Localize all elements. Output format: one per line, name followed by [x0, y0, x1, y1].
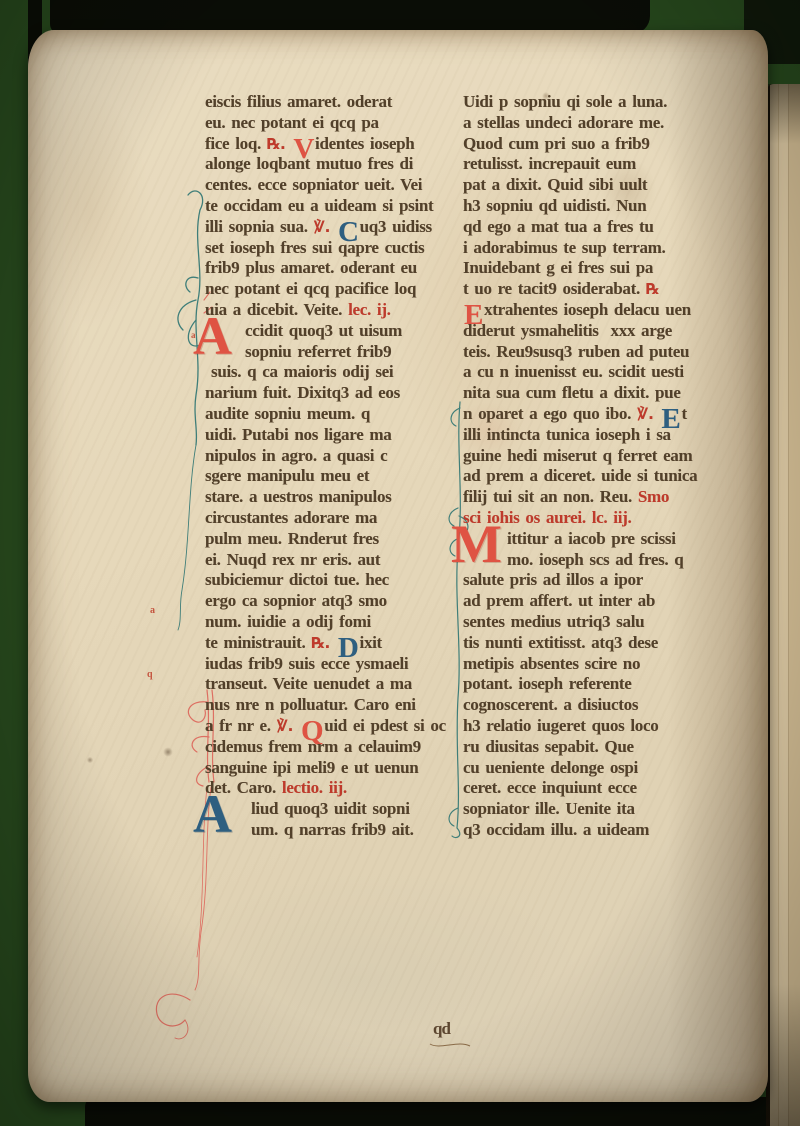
- text-line: sopniator ille. Uenite ita: [463, 799, 741, 820]
- text-line: pat a dixit. Quid sibi uult: [463, 175, 741, 196]
- text-segment: liud quoq3 uidit sopni: [251, 799, 410, 818]
- text-line: metipis absentes scire no: [463, 654, 741, 675]
- text-segment: xtrahentes ioseph delacu uen: [484, 300, 691, 319]
- text-segment: potant. ioseph referente: [463, 674, 632, 693]
- text-segment: sopniator ille. Uenite ita: [463, 799, 635, 818]
- text-segment: eiscis filius amaret. oderat: [205, 92, 392, 111]
- margin-mark: a: [191, 330, 196, 340]
- text-segment: illi sopnia sua.: [205, 217, 314, 236]
- text-line: set ioseph fres sui qapre cuctis: [205, 238, 457, 259]
- text-segment: subiciemur dictoi tue. hec: [205, 570, 389, 589]
- text-line: filij tui sit an non. Reu. Smo: [463, 487, 741, 508]
- text-line: pulm meu. Rnderut fres: [205, 529, 457, 550]
- text-line: transeut. Veite uenudet a ma: [205, 674, 457, 695]
- text-segment: nec potant ei qcq pacifice loq: [205, 279, 416, 298]
- text-line: sanguine ipi meli9 e ut uenun: [205, 758, 457, 779]
- text-line: ad prem affert. ut inter ab: [463, 591, 741, 612]
- text-line: Inuidebant g ei fres sui pa: [463, 258, 741, 279]
- text-segment: te ministrauit.: [205, 633, 311, 652]
- text-segment: fice loq.: [205, 134, 267, 153]
- text-segment: ℞: [646, 280, 659, 298]
- text-segment: Inuidebant g ei fres sui pa: [463, 258, 653, 277]
- text-segment: circustantes adorare ma: [205, 508, 377, 527]
- text-segment: cidemus frem nrm a celauim9: [205, 737, 421, 756]
- text-segment: suis. q ca maioris odij sei: [211, 362, 393, 381]
- text-line: mo. ioseph scs ad fres. q: [463, 550, 741, 571]
- text-segment: uq3 uidiss: [360, 217, 432, 236]
- text-line: iudas frib9 suis ecce ysmaeli: [205, 654, 457, 675]
- text-segment: q3 occidam illu. a uideam: [463, 820, 649, 839]
- text-line: illi intincta tunica ioseph i sa: [463, 425, 741, 446]
- text-segment: tis nunti extitisst. atq3 dese: [463, 633, 658, 652]
- text-segment: cu ueniente delonge ospi: [463, 758, 638, 777]
- text-line: t uo re tacit9 osiderabat. ℞: [463, 279, 741, 300]
- text-line: Extrahentes ioseph delacu uen: [463, 300, 741, 321]
- text-segment: a stellas undeci adorare me.: [463, 113, 664, 132]
- text-segment: qd ego a mat tua a fres tu: [463, 217, 654, 236]
- catchword: qd: [433, 1019, 450, 1039]
- inline-initial: D: [338, 643, 359, 653]
- text-segment: pat a dixit. Quid sibi uult: [463, 175, 647, 194]
- text-line: ru diusitas sepabit. Que: [463, 737, 741, 758]
- text-segment: ad prem a diceret. uide si tunica: [463, 466, 697, 485]
- text-line: sopniu referret frib9: [205, 342, 457, 363]
- text-segment: diderut ysmahelitis xxx arge: [463, 321, 672, 340]
- text-segment: lec. ij.: [348, 300, 391, 319]
- text-line: nipulos in agro. a quasi c: [205, 446, 457, 467]
- text-segment: t uo re tacit9 osiderabat.: [463, 279, 646, 298]
- text-line: ad prem a diceret. uide si tunica: [463, 466, 741, 487]
- text-line: qd ego a mat tua a fres tu: [463, 217, 741, 238]
- text-segment: t: [681, 404, 686, 423]
- text-segment: retulisst. increpauit eum: [463, 154, 636, 173]
- text-segment: sopniu referret frib9: [245, 342, 391, 361]
- text-line: Uidi p sopniu qi sole a luna.: [463, 92, 741, 113]
- text-line: narium fuit. Dixitq3 ad eos: [205, 383, 457, 404]
- text-segment: nita sua cum fletu a dixit. pue: [463, 383, 681, 402]
- text-line: subiciemur dictoi tue. hec: [205, 570, 457, 591]
- text-line: teis. Reu9susq3 ruben ad puteu: [463, 342, 741, 363]
- text-segment: ℞.: [311, 634, 336, 652]
- text-line: a stellas undeci adorare me.: [463, 113, 741, 134]
- text-segment: transeut. Veite uenudet a ma: [205, 674, 412, 693]
- text-segment: ad prem affert. ut inter ab: [463, 591, 655, 610]
- text-line: guine hedi miserut q ferret eam: [463, 446, 741, 467]
- text-segment: ℣.: [314, 218, 337, 236]
- text-segment: uid ei pdest si oc: [324, 716, 446, 735]
- text-line: tis nunti extitisst. atq3 dese: [463, 633, 741, 654]
- text-segment: teis. Reu9susq3 ruben ad puteu: [463, 342, 689, 361]
- text-segment: stare. a uestros manipulos: [205, 487, 391, 506]
- text-line: alonge loqbant mutuo fres di: [205, 154, 457, 175]
- text-segment: Uidi p sopniu qi sole a luna.: [463, 92, 667, 111]
- text-line: stare. a uestros manipulos: [205, 487, 457, 508]
- text-line: i adorabimus te sup terram.: [463, 238, 741, 259]
- text-line: det. Caro. lectio. iij.: [205, 778, 457, 799]
- text-segment: ixit: [360, 633, 382, 652]
- text-line: eiscis filius amaret. oderat: [205, 92, 457, 113]
- text-segment: nipulos in agro. a quasi c: [205, 446, 387, 465]
- text-line: h3 sopniu qd uidisti. Nun: [463, 196, 741, 217]
- text-segment: cognoscerent. a disiuctos: [463, 695, 638, 714]
- text-line: q3 occidam illu. a uideam: [463, 820, 741, 841]
- text-line: uia a dicebit. Veite. lec. ij.: [205, 300, 457, 321]
- text-segment: ℣.: [277, 717, 300, 735]
- text-segment: filij tui sit an non. Reu.: [463, 487, 638, 506]
- text-segment: ℞.: [267, 135, 292, 153]
- text-segment: guine hedi miserut q ferret eam: [463, 446, 692, 465]
- text-segment: sanguine ipi meli9 e ut uenun: [205, 758, 418, 777]
- text-segment: ru diusitas sepabit. Que: [463, 737, 634, 756]
- text-segment: eu. nec potant ei qcq pa: [205, 113, 379, 132]
- text-segment: a fr nr e.: [205, 716, 277, 735]
- text-line: cu ueniente delonge ospi: [463, 758, 741, 779]
- text-segment: narium fuit. Dixitq3 ad eos: [205, 383, 400, 402]
- text-line: cognoscerent. a disiuctos: [463, 695, 741, 716]
- text-segment: iudas frib9 suis ecce ysmaeli: [205, 654, 408, 673]
- text-line: num. iuidie a odij fomi: [205, 612, 457, 633]
- text-segment: nus nre n polluatur. Caro eni: [205, 695, 416, 714]
- text-segment: pulm meu. Rnderut fres: [205, 529, 379, 548]
- text-segment: lectio. iij.: [282, 778, 347, 797]
- text-segment: Quod cum pri suo a frib9: [463, 134, 650, 153]
- text-line: h3 relatio iugeret quos loco: [463, 716, 741, 737]
- text-line: nec potant ei qcq pacifice loq: [205, 279, 457, 300]
- text-line: cidemus frem nrm a celauim9: [205, 737, 457, 758]
- text-line: a cu n inuenisst eu. scidit uesti: [463, 362, 741, 383]
- text-segment: ccidit quoq3 ut uisum: [245, 321, 402, 340]
- text-segment: ergo ca sopnior atq3 smo: [205, 591, 387, 610]
- text-segment: te occidam eu a uideam si psint: [205, 196, 433, 215]
- text-segment: num. iuidie a odij fomi: [205, 612, 371, 631]
- text-segment: audite sopniu meum. q: [205, 404, 370, 423]
- text-line: Aliud quoq3 uidit sopni: [205, 799, 457, 820]
- inline-initial: C: [338, 227, 359, 237]
- text-line: uidi. Putabi nos ligare ma: [205, 425, 457, 446]
- inline-initial: E: [661, 414, 680, 424]
- inline-initial: Q: [301, 726, 323, 736]
- text-segment: illi intincta tunica ioseph i sa: [463, 425, 671, 444]
- text-line: diderut ysmahelitis xxx arge: [463, 321, 741, 342]
- text-line: centes. ecce sopniator ueit. Vei: [205, 175, 457, 196]
- text-line: sentes medius utriq3 salu: [463, 612, 741, 633]
- text-segment: n oparet a ego quo ibo.: [463, 404, 637, 423]
- text-segment: ei. Nuqd rex nr eris. aut: [205, 550, 380, 569]
- text-line: Mittitur a iacob pre scissi: [463, 529, 741, 550]
- text-line: fice loq. ℞. Videntes ioseph: [205, 134, 457, 155]
- text-segment: sentes medius utriq3 salu: [463, 612, 644, 631]
- text-segment: ittitur a iacob pre scissi: [507, 529, 676, 548]
- text-line: frib9 plus amaret. oderant eu: [205, 258, 457, 279]
- text-segment: sgere manipulu meu et: [205, 466, 369, 485]
- text-column-right: Uidi p sopniu qi sole a luna.a stellas u…: [463, 92, 741, 841]
- text-column-left: eiscis filius amaret. oderateu. nec pota…: [205, 92, 457, 841]
- text-segment: uidi. Putabi nos ligare ma: [205, 425, 391, 444]
- text-segment: i adorabimus te sup terram.: [463, 238, 665, 257]
- text-line: ei. Nuqd rex nr eris. aut: [205, 550, 457, 571]
- text-line: um. q narras frib9 ait.: [205, 820, 457, 841]
- text-segment: Smo: [638, 487, 669, 506]
- margin-mark: q: [147, 669, 153, 680]
- text-line: te ministrauit. ℞. Dixit: [205, 633, 457, 654]
- text-line: potant. ioseph referente: [463, 674, 741, 695]
- background-shadow-top: [50, 0, 650, 34]
- book-fore-edge: [766, 84, 800, 1126]
- text-line: suis. q ca maioris odij sei: [205, 362, 457, 383]
- text-line: circustantes adorare ma: [205, 508, 457, 529]
- text-segment: ℣.: [637, 405, 660, 423]
- text-line: eu. nec potant ei qcq pa: [205, 113, 457, 134]
- text-segment: um. q narras frib9 ait.: [251, 820, 414, 839]
- text-line: te occidam eu a uideam si psint: [205, 196, 457, 217]
- text-segment: frib9 plus amaret. oderant eu: [205, 258, 417, 277]
- text-line: n oparet a ego quo ibo. ℣. Et: [463, 404, 741, 425]
- text-line: Quod cum pri suo a frib9: [463, 134, 741, 155]
- text-segment: h3 relatio iugeret quos loco: [463, 716, 658, 735]
- text-line: ergo ca sopnior atq3 smo: [205, 591, 457, 612]
- text-segment: alonge loqbant mutuo fres di: [205, 154, 413, 173]
- text-segment: set ioseph fres sui qapre cuctis: [205, 238, 424, 257]
- text-line: nus nre n polluatur. Caro eni: [205, 695, 457, 716]
- text-line: Accidit quoq3 ut uisum: [205, 321, 457, 342]
- inline-initial: V: [293, 144, 314, 154]
- text-segment: salute pris ad illos a ipor: [463, 570, 643, 589]
- text-line: a fr nr e. ℣. Quid ei pdest si oc: [205, 716, 457, 737]
- text-line: salute pris ad illos a ipor: [463, 570, 741, 591]
- text-line: nita sua cum fletu a dixit. pue: [463, 383, 741, 404]
- text-segment: ceret. ecce inquiunt ecce: [463, 778, 637, 797]
- text-line: illi sopnia sua. ℣. Cuq3 uidiss: [205, 217, 457, 238]
- text-segment: identes ioseph: [315, 134, 414, 153]
- text-line: audite sopniu meum. q: [205, 404, 457, 425]
- manuscript-photo: eiscis filius amaret. oderateu. nec pota…: [0, 0, 800, 1126]
- text-line: sgere manipulu meu et: [205, 466, 457, 487]
- text-segment: a cu n inuenisst eu. scidit uesti: [463, 362, 684, 381]
- text-segment: metipis absentes scire no: [463, 654, 640, 673]
- text-segment: h3 sopniu qd uidisti. Nun: [463, 196, 646, 215]
- text-segment: centes. ecce sopniator ueit. Vei: [205, 175, 422, 194]
- inline-initial: E: [464, 310, 483, 320]
- text-line: retulisst. increpauit eum: [463, 154, 741, 175]
- text-line: ceret. ecce inquiunt ecce: [463, 778, 741, 799]
- margin-mark: a: [150, 605, 155, 616]
- text-line: sci iohis os aurei. lc. iij.: [463, 508, 741, 529]
- text-segment: mo. ioseph scs ad fres. q: [507, 550, 683, 569]
